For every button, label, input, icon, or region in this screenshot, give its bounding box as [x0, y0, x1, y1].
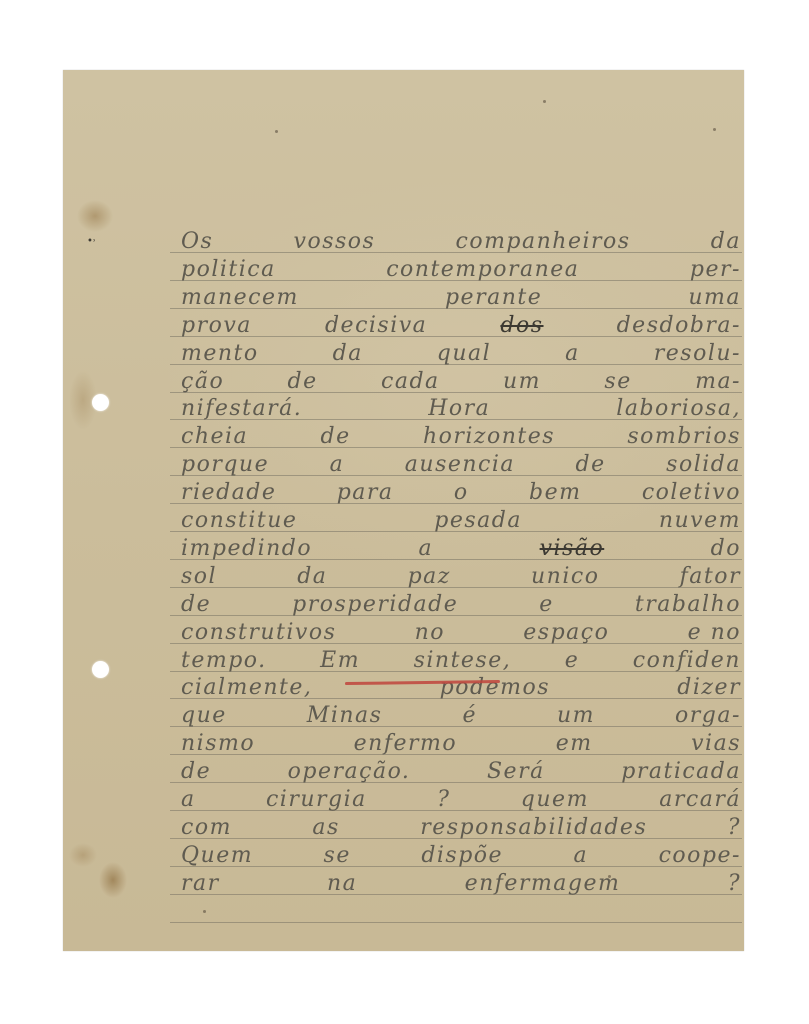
- handwritten-word: nifestará.: [181, 397, 302, 421]
- handwritten-word: per-: [690, 258, 741, 282]
- handwritten-word: pesada: [434, 509, 522, 533]
- handwritten-word: horizontes: [423, 425, 555, 449]
- handwritten-word: se: [324, 844, 351, 868]
- handwritten-word: Em: [320, 649, 360, 673]
- paper-speck: [275, 130, 278, 133]
- handwritten-word: manecem: [181, 286, 299, 310]
- handwritten-word: em: [556, 732, 593, 756]
- handwritten-word: companheiros: [456, 230, 631, 254]
- handwritten-line: mentodaqualaresolu-: [181, 338, 741, 366]
- handwritten-line: çãodecadaumsema-: [181, 366, 741, 394]
- handwritten-word: Quem: [181, 844, 253, 868]
- handwritten-line: cheiadehorizontessombrios: [181, 421, 741, 449]
- handwritten-word: trabalho: [635, 593, 741, 617]
- handwritten-word: de: [181, 593, 211, 617]
- handwritten-word: ?: [437, 788, 450, 812]
- handwritten-word: construtivos: [181, 621, 336, 645]
- handwritten-word: paz: [408, 565, 451, 589]
- handwritten-word: perante: [445, 286, 542, 310]
- margin-ink-mark: •˒: [87, 236, 96, 247]
- handwritten-word: de: [576, 453, 606, 477]
- handwritten-word: Será: [487, 760, 545, 784]
- handwritten-word: responsabilidades: [420, 816, 647, 840]
- handwritten-line: queMinaséumorga-: [181, 700, 741, 728]
- handwritten-line: construtivosnoespaçoe no: [181, 617, 741, 645]
- handwritten-line: porqueaausenciadesolida: [181, 449, 741, 477]
- handwritten-word: as: [312, 816, 339, 840]
- handwritten-line: Quemsedispõeacoope-: [181, 840, 741, 868]
- handwritten-line: riedadeparaobemcoletivo: [181, 477, 741, 505]
- handwritten-word: laboriosa,: [616, 397, 741, 421]
- handwritten-word: a: [181, 788, 196, 812]
- handwritten-word: contemporanea: [386, 258, 579, 282]
- handwritten-word: ausencia: [405, 453, 515, 477]
- handwritten-word: é: [462, 704, 477, 728]
- handwritten-word: o: [454, 481, 469, 505]
- handwritten-word: dispõe: [421, 844, 503, 868]
- handwritten-line: deprosperidadeetrabalho: [181, 589, 741, 617]
- handwritten-word: cialmente,: [181, 676, 312, 700]
- handwritten-word: orga-: [675, 704, 741, 728]
- handwritten-word: impedindo: [181, 537, 312, 561]
- handwritten-word: vossos: [294, 230, 376, 254]
- handwritten-word: riedade: [181, 481, 276, 505]
- handwritten-word: a: [330, 453, 345, 477]
- handwritten-line: deoperação.Serápraticada: [181, 756, 741, 784]
- handwritten-line: cialmente,podemosdizer: [181, 672, 741, 700]
- handwritten-word: confiden: [633, 649, 741, 673]
- handwritten-word: rar: [181, 872, 220, 896]
- handwritten-word: desdobra-: [617, 314, 741, 338]
- handwritten-word: tempo.: [181, 649, 267, 673]
- handwritten-word: sol: [181, 565, 217, 589]
- handwritten-word: e: [539, 593, 554, 617]
- handwritten-word: constitue: [181, 509, 297, 533]
- handwritten-word: qual: [437, 342, 491, 366]
- handwritten-line: constituepesadanuvem: [181, 505, 741, 533]
- handwritten-word: vias: [691, 732, 741, 756]
- handwritten-word: praticada: [621, 760, 741, 784]
- punch-hole-bottom: [92, 661, 109, 678]
- handwritten-word: dizer: [677, 676, 741, 700]
- handwritten-line: comasresponsabilidades?: [181, 812, 741, 840]
- handwritten-word: decisiva: [325, 314, 427, 338]
- handwritten-word: solida: [666, 453, 741, 477]
- paper-speck: [543, 100, 546, 103]
- handwritten-word: um: [503, 370, 541, 394]
- handwritten-word: cheia: [181, 425, 248, 449]
- handwritten-word: que: [181, 704, 227, 728]
- handwritten-word: a: [419, 537, 434, 561]
- handwritten-word: coope-: [659, 844, 741, 868]
- ruled-line: [170, 922, 742, 923]
- handwritten-line: nifestará.Horalaboriosa,: [181, 393, 741, 421]
- handwritten-word: sombrios: [627, 425, 741, 449]
- handwritten-word: do: [711, 537, 741, 561]
- handwritten-word: prosperidade: [292, 593, 458, 617]
- handwritten-line: soldapazunicofator: [181, 561, 741, 589]
- handwritten-word: de: [288, 370, 318, 394]
- handwritten-word: Os: [181, 230, 213, 254]
- handwritten-word: unico: [531, 565, 599, 589]
- handwritten-word: um: [557, 704, 595, 728]
- handwritten-word: espaço: [523, 621, 609, 645]
- handwritten-word: quem: [521, 788, 589, 812]
- handwritten-word: da: [333, 342, 363, 366]
- handwritten-word: ma-: [695, 370, 741, 394]
- handwritten-word: de: [321, 425, 351, 449]
- handwritten-word: mento: [181, 342, 259, 366]
- paper-sheet: •˒ Osvossoscompanheirosdapoliticacontemp…: [63, 70, 744, 951]
- handwritten-word: cada: [381, 370, 440, 394]
- handwritten-word: da: [711, 230, 741, 254]
- paper-speck: [713, 128, 716, 131]
- handwritten-word: Hora: [428, 397, 490, 421]
- handwritten-word: da: [297, 565, 327, 589]
- handwritten-line: Osvossoscompanheirosda: [181, 226, 741, 254]
- handwritten-word: nuvem: [659, 509, 741, 533]
- handwritten-word: no: [415, 621, 445, 645]
- handwritten-word: resolu-: [654, 342, 741, 366]
- handwritten-word: ção: [181, 370, 224, 394]
- handwritten-line: rarnaenfermagem?: [181, 868, 741, 896]
- handwritten-line: provadecisivadosdesdobra-: [181, 310, 741, 338]
- handwritten-word: porque: [181, 453, 269, 477]
- handwritten-word: operação.: [288, 760, 411, 784]
- handwritten-word: para: [337, 481, 394, 505]
- handwritten-word: arcará: [659, 788, 741, 812]
- handwritten-word: a: [574, 844, 589, 868]
- handwritten-word: e: [565, 649, 580, 673]
- handwritten-word: enfermo: [354, 732, 457, 756]
- handwritten-word: prova: [181, 314, 252, 338]
- handwritten-word: enfermagem: [465, 872, 621, 896]
- handwritten-word: se: [604, 370, 631, 394]
- handwritten-line: acirurgia?quemarcará: [181, 784, 741, 812]
- handwritten-line: politicacontemporaneaper-: [181, 254, 741, 282]
- handwritten-line: impedindoavisãodo: [181, 533, 741, 561]
- handwritten-word: na: [327, 872, 357, 896]
- handwritten-word: e no: [688, 621, 741, 645]
- handwritten-word: politica: [181, 258, 276, 282]
- handwritten-word: uma: [688, 286, 741, 310]
- handwritten-word: coletivo: [642, 481, 741, 505]
- handwritten-word: fator: [680, 565, 741, 589]
- handwritten-word: ?: [728, 872, 741, 896]
- handwritten-line: nismoenfermoemvias: [181, 728, 741, 756]
- handwritten-word: de: [181, 760, 211, 784]
- handwritten-word: dos: [500, 314, 543, 338]
- handwritten-word: Minas: [307, 704, 383, 728]
- paper-speck: [203, 910, 206, 913]
- handwritten-word: a: [565, 342, 580, 366]
- handwritten-line: manecemperanteuma: [181, 282, 741, 310]
- handwritten-word: visão: [540, 537, 605, 561]
- punch-hole-top: [92, 394, 109, 411]
- handwritten-word: nismo: [181, 732, 255, 756]
- handwritten-word: sintese,: [414, 649, 512, 673]
- handwritten-word: bem: [529, 481, 581, 505]
- handwritten-word: com: [181, 816, 232, 840]
- handwritten-word: ?: [728, 816, 741, 840]
- handwritten-word: cirurgia: [266, 788, 367, 812]
- handwritten-line: tempo.Emsintese,econfiden: [181, 645, 741, 673]
